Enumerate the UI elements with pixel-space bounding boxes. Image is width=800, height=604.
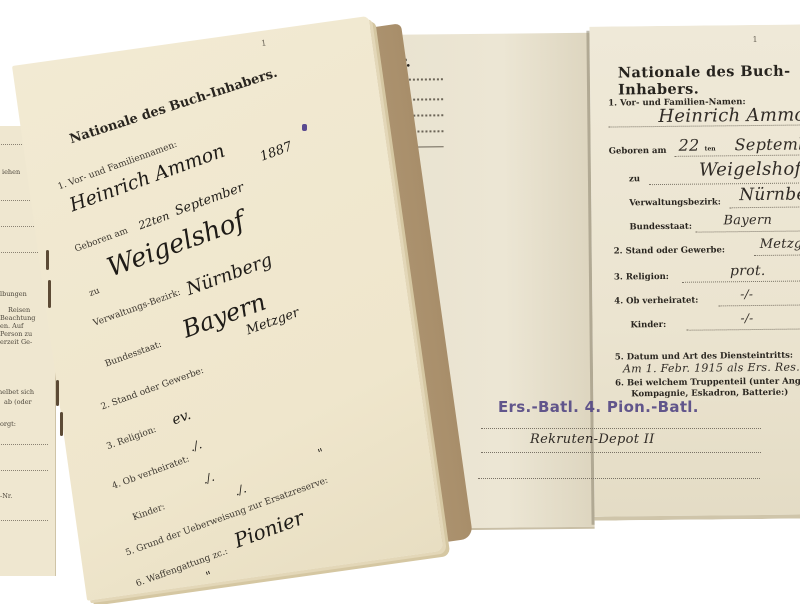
religion-value: prot.: [730, 263, 766, 279]
branch-label: 6. Waffengattung zc.:: [135, 547, 230, 590]
place-label: zu: [88, 286, 101, 299]
page-fragment: iehen: [2, 168, 20, 176]
religion-label: 3. Religion:: [614, 272, 669, 283]
occupation-value: Metzger: [760, 236, 800, 252]
binding-staple: [56, 380, 59, 406]
front-pay-book: iehen lbungen Reisen Beachtung en. Auf P…: [0, 26, 416, 586]
born-month: September: [735, 134, 800, 154]
married-label: 4. Ob verheiratet:: [111, 454, 191, 491]
page-fragment: Beachtung: [0, 314, 35, 322]
born-year: 1887: [258, 139, 294, 164]
occupation-label: 2. Stand oder Gewerbe:: [100, 366, 206, 413]
unit-stamp: Ers.-Batl. 4. Pion.-Batl.: [498, 398, 699, 416]
ink-mark: [302, 124, 307, 131]
state-label: Bundesstaat:: [629, 222, 692, 233]
born-day-suffix: ten: [705, 145, 716, 152]
front-book-right-page: 1 Nationale des Buch-Inhabers. 1. Vor- u…: [12, 16, 444, 601]
entry-value: Am 1. Febr. 1915 als Ers. Res.: [623, 361, 800, 376]
district-label: Verwaltungsbezirk:: [629, 197, 721, 208]
occupation-label: 2. Stand oder Gewerbe:: [614, 245, 725, 256]
page-number: 1: [261, 38, 267, 48]
children-value: ./.: [201, 470, 217, 487]
page-number: 1: [752, 35, 757, 44]
page-fragment: ab (oder: [4, 398, 32, 406]
page-fragment: orgt:: [0, 420, 16, 428]
married-value: -/-: [740, 287, 753, 301]
dotted-line: [0, 520, 48, 521]
religion-value: ev.: [170, 407, 193, 429]
place-label: zu: [629, 174, 640, 184]
page-title: Nationale des Buch-Inhabers.: [618, 63, 798, 99]
page-fragment: Reisen: [8, 306, 30, 314]
unit-value: Rekruten-Depot II: [530, 432, 655, 447]
page-fragment: en. Auf: [0, 322, 23, 330]
unit-label-line-1: 6. Bei welchem Truppenteil (unter Angabe…: [615, 376, 800, 388]
reason-ditto-mark: ": [316, 446, 326, 461]
children-label: Kinder:: [630, 320, 666, 330]
district-value: Nürnberg: [739, 184, 800, 205]
reason-value: ./.: [233, 481, 249, 498]
married-value: ./.: [188, 437, 204, 454]
state-label: Bundesstaat:: [104, 340, 163, 370]
born-label: Geboren am: [609, 146, 667, 157]
page-fragment: Person zu: [0, 330, 32, 338]
dotted-line: [478, 478, 760, 479]
page-fragment: lbungen: [0, 290, 27, 298]
page-fragment: erzeit Ge-: [0, 338, 32, 346]
dotted-line: [481, 428, 761, 429]
dotted-line: [481, 452, 761, 453]
binding-staple: [48, 280, 51, 308]
binding-staple: [46, 250, 49, 270]
district-label: Verwaltungs-Bezirk:: [92, 288, 182, 329]
children-label: Kinder:: [131, 502, 166, 523]
page-title: Nationale des Buch-Inhabers.: [68, 66, 279, 147]
born-day: 22: [679, 136, 700, 155]
married-label: 4. Ob verheiratet:: [614, 296, 698, 307]
name-value: Heinrich Ammon: [658, 104, 800, 127]
state-value: Bayern: [723, 213, 772, 229]
dotted-line: [0, 444, 48, 445]
place-value: Weigelshof: [699, 159, 800, 181]
born-day: 22ten: [137, 209, 172, 232]
binding-staple: [60, 412, 63, 436]
dotted-line: [0, 470, 48, 471]
page-fragment: nelbet sich: [0, 388, 34, 396]
branch-ditto-mark: ": [204, 568, 214, 583]
page-fragment: -Nr.: [0, 492, 12, 500]
religion-label: 3. Religion:: [105, 425, 157, 452]
children-value: -/-: [740, 311, 753, 325]
